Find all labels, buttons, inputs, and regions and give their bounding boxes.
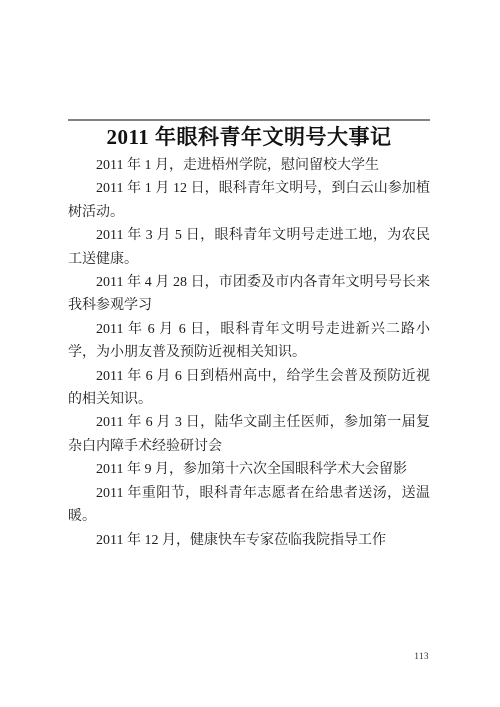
paragraph-event-7: 2011 年 6 月 3 日，陆华文副主任医师，参加第一届复杂白内障手术经验研讨… xyxy=(68,411,430,458)
paragraph-event-10: 2011 年 12 月，健康快车专家莅临我院指导工作 xyxy=(68,529,430,552)
document-content: 2011 年眼科青年文明号大事记 2011 年 1 月，走进梧州学院，慰问留校大… xyxy=(68,119,430,552)
paragraph-event-6: 2011 年 6 月 6 日到梧州高中，给学生会普及预防近视的相关知识。 xyxy=(68,365,430,412)
document-page: 2011 年眼科青年文明号大事记 2011 年 1 月，走进梧州学院，慰问留校大… xyxy=(0,0,500,707)
document-body: 2011 年 1 月，走进梧州学院，慰问留校大学生 2011 年 1 月 12 … xyxy=(68,154,430,552)
page-number: 113 xyxy=(414,651,429,661)
paragraph-event-3: 2011 年 3 月 5 日，眼科青年文明号走进工地，为农民工送健康。 xyxy=(68,224,430,271)
paragraph-event-4: 2011 年 4 月 28 日，市团委及市内各青年文明号号长来我科参观学习 xyxy=(68,271,430,318)
paragraph-event-9: 2011 年重阳节，眼科青年志愿者在给患者送汤，送温暖。 xyxy=(68,482,430,529)
paragraph-event-8: 2011 年 9 月，参加第十六次全国眼科学术大会留影 xyxy=(68,458,430,481)
paragraph-event-1: 2011 年 1 月，走进梧州学院，慰问留校大学生 xyxy=(68,154,430,177)
paragraph-event-2: 2011 年 1 月 12 日，眼科青年文明号，到白云山参加植树活动。 xyxy=(68,177,430,224)
paragraph-event-5: 2011 年 6 月 6 日，眼科青年文明号走进新兴二路小学，为小朋友普及预防近… xyxy=(68,318,430,365)
page-title: 2011 年眼科青年文明号大事记 xyxy=(68,121,430,150)
